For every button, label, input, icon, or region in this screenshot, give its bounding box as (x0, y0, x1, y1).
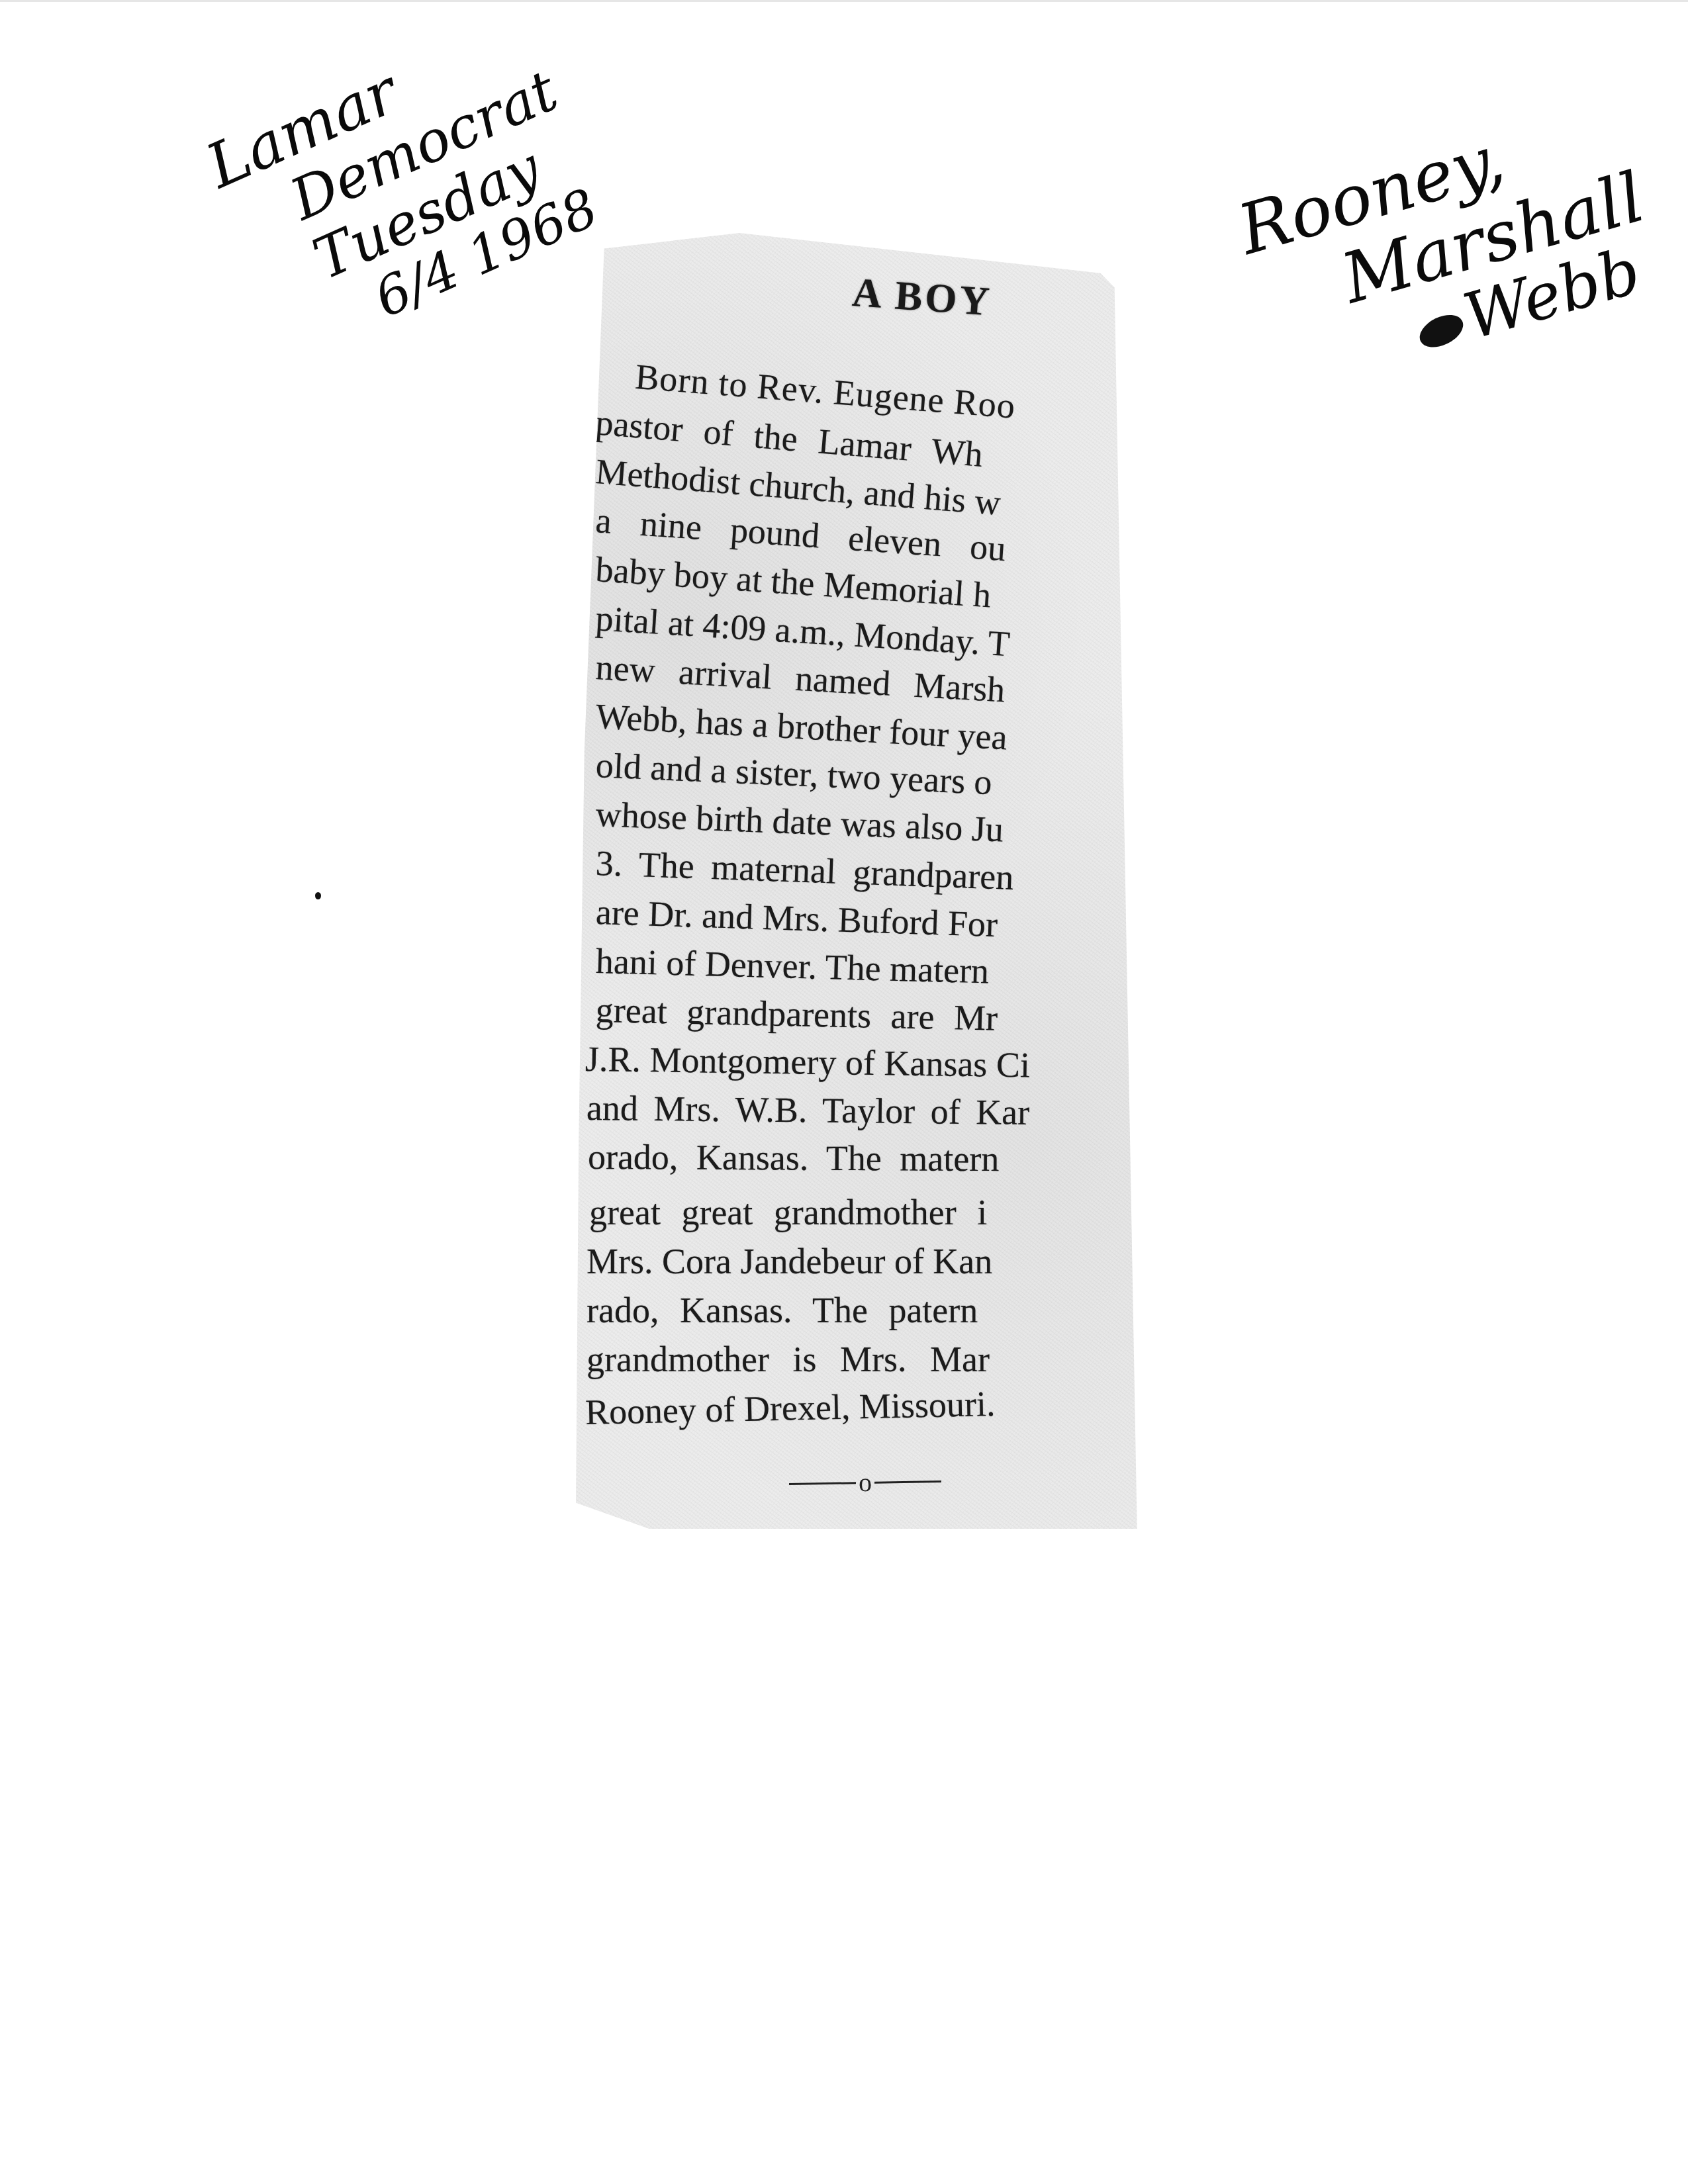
separator-glyph: o (856, 1469, 875, 1496)
separator-rule-right (874, 1480, 941, 1483)
clipping-shadow-edge (1124, 287, 1143, 1518)
text-line: great great grandmother i (589, 1188, 1112, 1237)
text-line: Rooney of Drexel, Missouri. (585, 1377, 1112, 1437)
scribble-mark (1415, 308, 1468, 353)
handwritten-subject-name: Rooney, Marshall Webb (1231, 89, 1669, 402)
clipping-headline: A BOY (851, 269, 994, 326)
separator-rule-left (789, 1482, 856, 1485)
text-line: and Mrs. W.B. Taylor of Kar (586, 1083, 1113, 1138)
text-line: rado, Kansas. The patern (586, 1286, 1112, 1335)
page-top-edge (0, 0, 1688, 2)
text-line: orado, Kansas. The matern (588, 1132, 1112, 1184)
birth-announcement-text: Born to Rev. Eugene Roo pastor of the La… (596, 349, 1112, 1437)
text-line: J.R. Montgomery of Kansas Ci (585, 1034, 1112, 1091)
stray-ink-mark (315, 892, 321, 899)
handwritten-source-note: Lamar Democrat Tuesday 6/4 1968 (199, 1, 615, 366)
article-end-separator: o (789, 1468, 942, 1497)
text-line: grandmother is Mrs. Mar (586, 1335, 1112, 1384)
text-line: Mrs. Cora Jandebeur of Kan (586, 1237, 1112, 1286)
newspaper-clipping: A BOY Born to Rev. Eugene Roo pastor of … (576, 233, 1140, 1529)
